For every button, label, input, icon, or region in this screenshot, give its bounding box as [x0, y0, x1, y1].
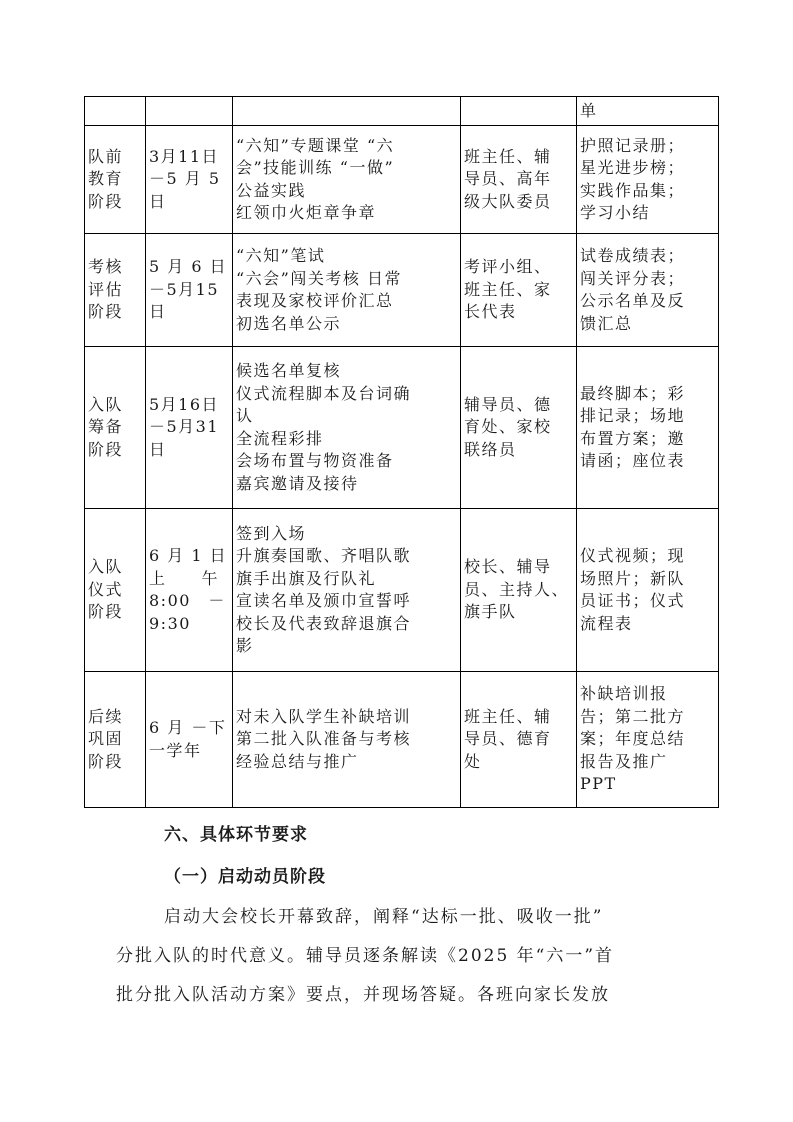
cell-outputs: 仪式视频；现 场照片；新队 员证书；仪式 流程表: [577, 509, 719, 672]
table-row: 队前 教育 阶段 3月11日 －5 月 5 日 “六知”专题课堂 “六 会”技能…: [85, 126, 719, 234]
cell-time: 6 月 －下 一学年: [146, 672, 233, 808]
body-paragraph: 启动大会校长开幕致辞，阐释“达标一批、吸收一批” 分批入队的时代意义。辅导员逐条…: [116, 898, 712, 1015]
table-row: 后续 巩固 阶段 6 月 －下 一学年 对未入队学生补缺培训 第二批入队准备与考…: [85, 672, 719, 808]
cell-content: [233, 97, 461, 126]
cell-outputs: 护照记录册； 星光进步榜； 实践作品集； 学习小结: [577, 126, 719, 234]
cell-content: 签到入场 升旗奏国歌、齐唱队歌 旗手出旗及行队礼 宣读名单及颁巾宣誓呼 校长及代…: [233, 509, 461, 672]
cell-responsible: 考评小组、 班主任、家 长代表: [461, 234, 577, 347]
table-row: 考核 评估 阶段 5 月 6 日 －5月15 日 “六知”笔试 “六会”闯关考核…: [85, 234, 719, 347]
cell-stage: 考核 评估 阶段: [85, 234, 146, 347]
cell-content: 对未入队学生补缺培训 第二批入队准备与考核 经验总结与推广: [233, 672, 461, 808]
cell-time: 5 月 6 日 －5月15 日: [146, 234, 233, 347]
cell-stage: 入队 仪式 阶段: [85, 509, 146, 672]
cell-responsible: 校长、辅导 员、主持人、 旗手队: [461, 509, 577, 672]
cell-responsible: 班主任、辅 导员、德育 处: [461, 672, 577, 808]
paragraph-line: 分批入队的时代意义。辅导员逐条解读《2025 年“六一”首: [116, 937, 712, 976]
cell-content: “六知”笔试 “六会”闯关考核 日常 表现及家校评价汇总 初选名单公示: [233, 234, 461, 347]
cell-stage: 后续 巩固 阶段: [85, 672, 146, 808]
table-row: 入队 筹备 阶段 5月16日 －5月31 日 候选名单复核 仪式流程脚本及台词确…: [85, 347, 719, 509]
cell-outputs: 试卷成绩表； 闯关评分表； 公示名单及反 馈汇总: [577, 234, 719, 347]
table-row: 入队 仪式 阶段 6 月 1 日 上 午 8:00 － 9:30 签到入场 升旗…: [85, 509, 719, 672]
cell-time: 3月11日 －5 月 5 日: [146, 126, 233, 234]
paragraph-line: 批分批入队活动方案》要点，并现场答疑。各班向家长发放: [116, 976, 712, 1015]
cell-responsible: 辅导员、德 育处、家校 联络员: [461, 347, 577, 509]
cell-responsible: 班主任、辅 导员、高年 级大队委员: [461, 126, 577, 234]
schedule-table: 单 队前 教育 阶段 3月11日 －5 月 5 日 “六知”专题课堂 “六 会”…: [84, 96, 719, 808]
cell-content: 候选名单复核 仪式流程脚本及台词确 认 全流程彩排 会场布置与物资准备 嘉宾邀请…: [233, 347, 461, 509]
cell-outputs: 最终脚本；彩 排记录；场地 布置方案；邀 请函；座位表: [577, 347, 719, 509]
cell-stage: 队前 教育 阶段: [85, 126, 146, 234]
paragraph-line: 启动大会校长开幕致辞，阐释“达标一批、吸收一批”: [116, 898, 712, 937]
cell-stage: 入队 筹备 阶段: [85, 347, 146, 509]
subsection-heading: （一）启动动员阶段: [164, 862, 326, 887]
cell-time: 6 月 1 日 上 午 8:00 － 9:30: [146, 509, 233, 672]
cell-outputs: 补缺培训报 告；第二批方 案；年度总结 报告及推广 PPT: [577, 672, 719, 808]
cell-stage: [85, 97, 146, 126]
cell-content: “六知”专题课堂 “六 会”技能训练 “一做” 公益实践 红领巾火炬章争章: [233, 126, 461, 234]
document-page: 单 队前 教育 阶段 3月11日 －5 月 5 日 “六知”专题课堂 “六 会”…: [0, 0, 793, 1122]
cell-outputs: 单: [577, 97, 719, 126]
cell-time: [146, 97, 233, 126]
cell-responsible: [461, 97, 577, 126]
cell-time: 5月16日 －5月31 日: [146, 347, 233, 509]
section-heading: 六、具体环节要求: [164, 820, 308, 845]
table-row-continued: 单: [85, 97, 719, 126]
